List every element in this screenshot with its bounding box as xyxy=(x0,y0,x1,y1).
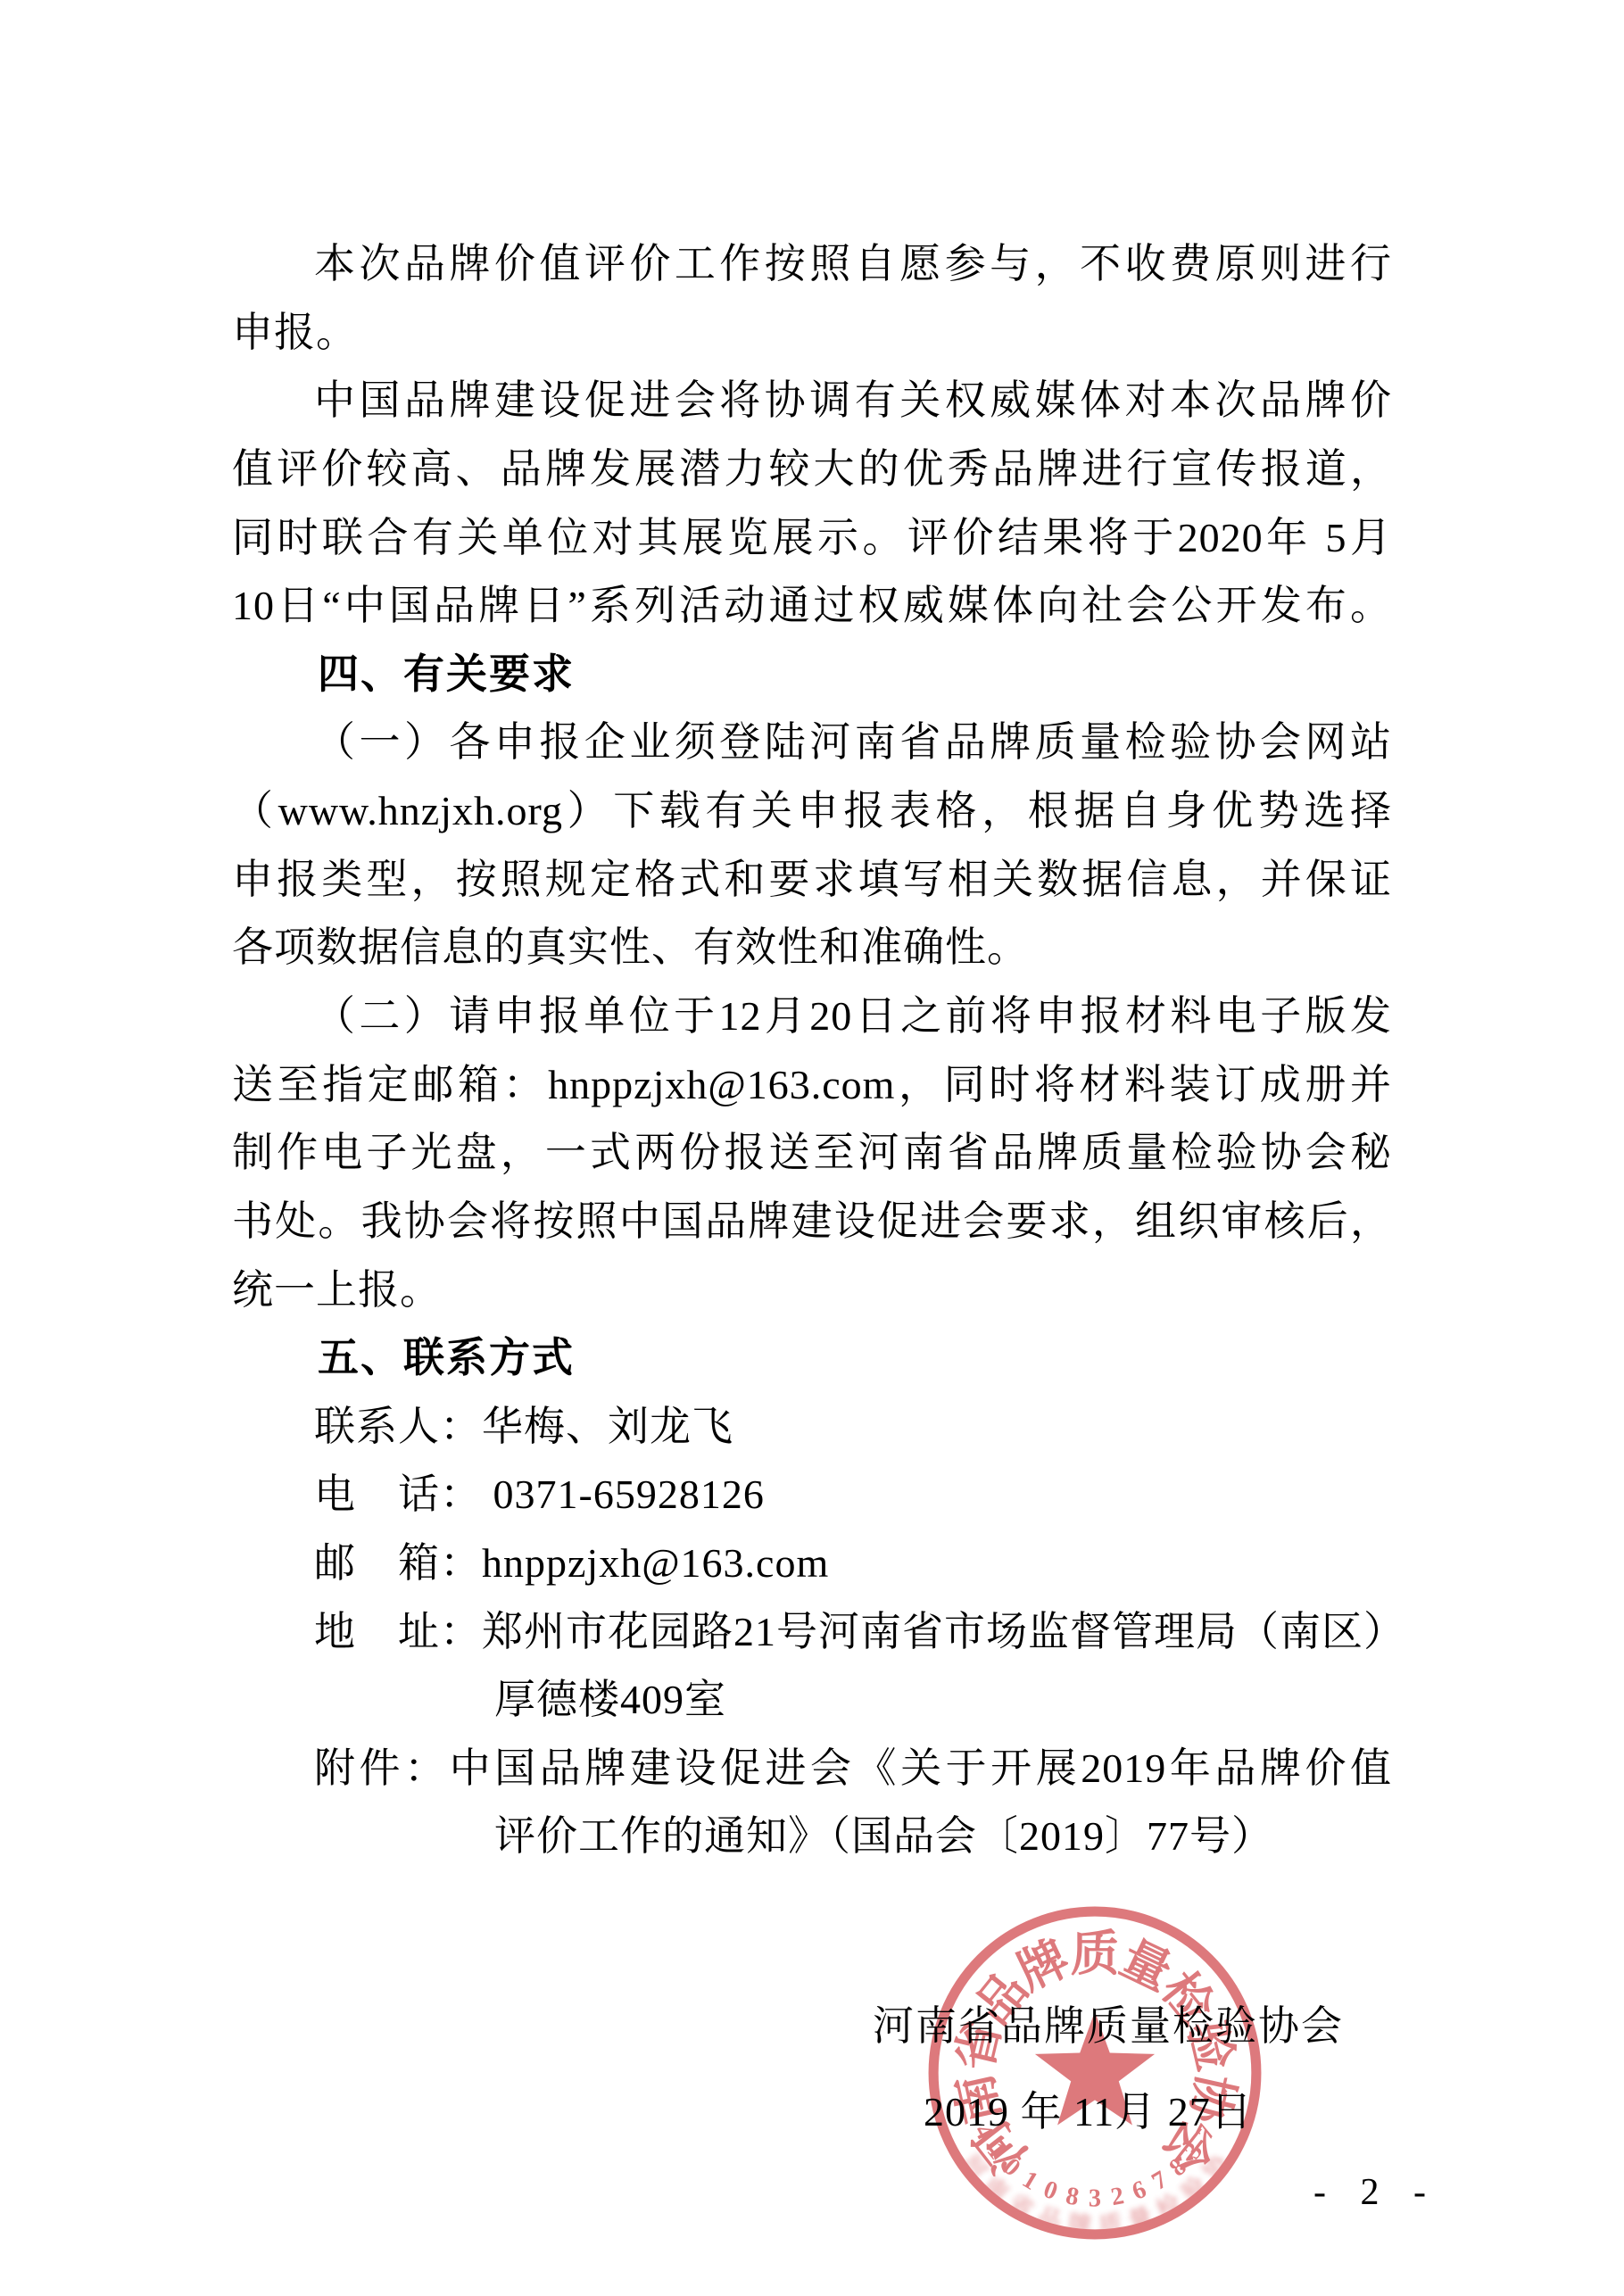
document-line: 申报。 xyxy=(232,308,1392,357)
signature-organization: 河南省品牌质量检验协会 xyxy=(873,2002,1344,2051)
seal-number: 0 xyxy=(1040,2176,1061,2206)
document-line: 申报类型，按照规定格式和要求填写相关数据信息，并保证 xyxy=(232,855,1392,904)
section-heading: 四、有关要求 xyxy=(232,650,1392,699)
document-line: 厚德楼409室 xyxy=(232,1675,1392,1724)
seal-smudge-text: 牌 xyxy=(1066,2211,1092,2239)
document-line: 统一上报。 xyxy=(232,1265,1392,1314)
document-line: 附件：中国品牌建设促进会《关于开展2019年品牌价值 xyxy=(232,1744,1392,1793)
document-line: 送至指定邮箱：hnppzjxh@163.com，同时将材料装订成册并 xyxy=(232,1060,1392,1109)
document-line: 联系人：华梅、刘龙飞 xyxy=(232,1402,1392,1451)
document-line: （www.hnzjxh.org）下载有关申报表格，根据自身优势选择 xyxy=(232,786,1392,835)
document-line: 10日“中国品牌日”系列活动通过权威媒体向社会公开发布。 xyxy=(232,581,1392,630)
document-line: 电 话： 0371-65928126 xyxy=(232,1470,1392,1519)
seal-number: 8 xyxy=(1064,2182,1081,2211)
document-line: （一）各申报企业须登陆河南省品牌质量检验协会网站 xyxy=(232,717,1392,767)
document-line: 本次品牌价值评价工作按照自愿参与，不收费原则进行 xyxy=(232,239,1392,288)
document-line: 书处。我协会将按照中国品牌建设促进会要求，组织审核后， xyxy=(232,1197,1392,1246)
official-seal: 河南省品牌质量检验协会4101083267837河南省品牌质量检验协 xyxy=(924,1902,1266,2244)
document-line: 制作电子光盘，一式两份报送至河南省品牌质量检验协会秘 xyxy=(232,1128,1392,1177)
document-line: 值评价较高、品牌发展潜力较大的优秀品牌进行宣传报道， xyxy=(232,444,1392,493)
seal-smudge-text: 质 xyxy=(1098,2210,1123,2239)
seal-number: 2 xyxy=(1109,2182,1126,2211)
document-line: 各项数据信息的真实性、有效性和准确性。 xyxy=(232,923,1392,972)
seal-number: 3 xyxy=(1089,2185,1101,2213)
seal-ring-text: 质 xyxy=(1071,1927,1120,1981)
seal-number: 6 xyxy=(1129,2176,1150,2206)
document-page: 河南省品牌质量检验协会4101083267837河南省品牌质量检验协 本次品牌价… xyxy=(0,0,1624,2296)
document-line: 同时联合有关单位对其展览展示。评价结果将于2020年 5月 xyxy=(232,513,1392,562)
document-line: （二）请申报单位于12月20日之前将申报材料电子版发 xyxy=(232,991,1392,1040)
page-number: - 2 - xyxy=(1313,2171,1438,2214)
document-line: 邮 箱：hnppzjxh@163.com xyxy=(232,1538,1392,1587)
signature-date: 2019 年 11月 27日 xyxy=(924,2087,1253,2136)
document-line: 评价工作的通知》（国品会〔2019〕77号） xyxy=(232,1811,1392,1861)
section-heading: 五、联系方式 xyxy=(232,1333,1392,1382)
document-line: 地 址：郑州市花园路21号河南省市场监督管理局（南区） xyxy=(232,1607,1392,1656)
document-line: 中国品牌建设促进会将协调有关权威媒体对本次品牌价 xyxy=(232,376,1392,425)
